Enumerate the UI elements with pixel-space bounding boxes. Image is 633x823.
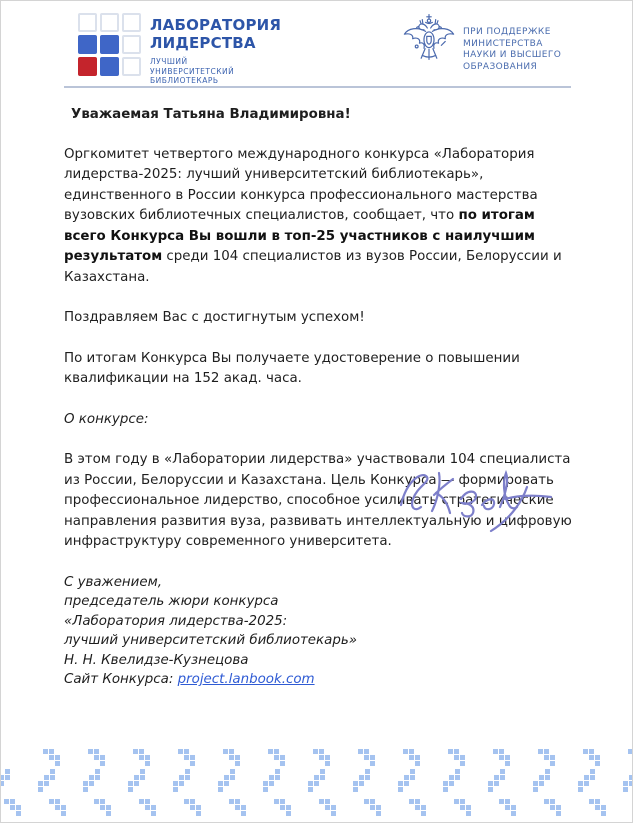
signature-block: С уважением, председатель жюри конкурса … <box>64 573 578 690</box>
ministry-line3: НАУКИ И ВЫСШЕГО <box>463 50 561 62</box>
ministry-support-text: ПРИ ПОДДЕРЖКЕ МИНИСТЕРСТВА НАУКИ И ВЫСШЕ… <box>463 27 561 73</box>
letter-page: ЛАБОРАТОРИЯ ЛИДЕРСТВА ЛУЧШИЙ УНИВЕРСИТЕТ… <box>0 0 633 823</box>
greeting: Уважаемая Татьяна Владимировна! <box>64 105 578 126</box>
site-label: Сайт Конкурса: <box>64 672 178 687</box>
signature-name: Н. Н. Квелидзе-Кузнецова <box>64 651 578 671</box>
ministry-line2: МИНИСТЕРСТВА <box>463 39 561 51</box>
leadership-lab-logo-icon <box>78 13 141 76</box>
handwritten-signature <box>387 443 557 542</box>
logo-square <box>78 35 97 54</box>
header-divider <box>64 86 571 88</box>
ministry-line4: ОБРАЗОВАНИЯ <box>463 62 561 74</box>
contest-site-link[interactable]: project.lanbook.com <box>178 672 315 687</box>
signature-line-2: председатель жюри конкурса <box>64 592 578 612</box>
paragraph-about-heading: О конкурсе: <box>64 410 578 431</box>
site-line: Сайт Конкурса: project.lanbook.com <box>64 670 578 690</box>
logo-square <box>100 13 119 32</box>
signature-line-4: лучший университетский библиотекарь» <box>64 631 578 651</box>
coat-of-arms-eagle-icon <box>401 10 457 78</box>
logo-square <box>100 35 119 54</box>
paragraph-announcement: Оргкомитет четвертого международного кон… <box>64 145 578 289</box>
logo-title-line1: ЛАБОРАТОРИЯ <box>150 16 281 34</box>
paragraph-congrats: Поздравляем Вас с достигнутым успехом! <box>64 308 578 329</box>
footer-pixel-pattern <box>1 743 633 823</box>
signature-line-3: «Лаборатория лидерства-2025: <box>64 612 578 632</box>
logo-subtitle-line3: БИБЛИОТЕКАРЬ <box>150 76 281 86</box>
logo-subtitle-line2: УНИВЕРСИТЕТСКИЙ <box>150 67 281 77</box>
logo-title-line2: ЛИДЕРСТВА <box>150 34 281 52</box>
letter-body: Уважаемая Татьяна Владимировна! Оргкомит… <box>64 105 578 690</box>
ministry-line1: ПРИ ПОДДЕРЖКЕ <box>463 27 561 39</box>
logo-square <box>122 57 141 76</box>
logo-square <box>100 57 119 76</box>
signature-line-1: С уважением, <box>64 573 578 593</box>
paragraph-certificate: По итогам Конкурса Вы получаете удостове… <box>64 349 578 390</box>
logo-square <box>122 13 141 32</box>
logo-square <box>78 57 97 76</box>
logo-subtitle-line1: ЛУЧШИЙ <box>150 57 281 67</box>
logo-square <box>78 13 97 32</box>
leadership-lab-logo-text: ЛАБОРАТОРИЯ ЛИДЕРСТВА ЛУЧШИЙ УНИВЕРСИТЕТ… <box>150 16 281 86</box>
logo-square <box>122 35 141 54</box>
